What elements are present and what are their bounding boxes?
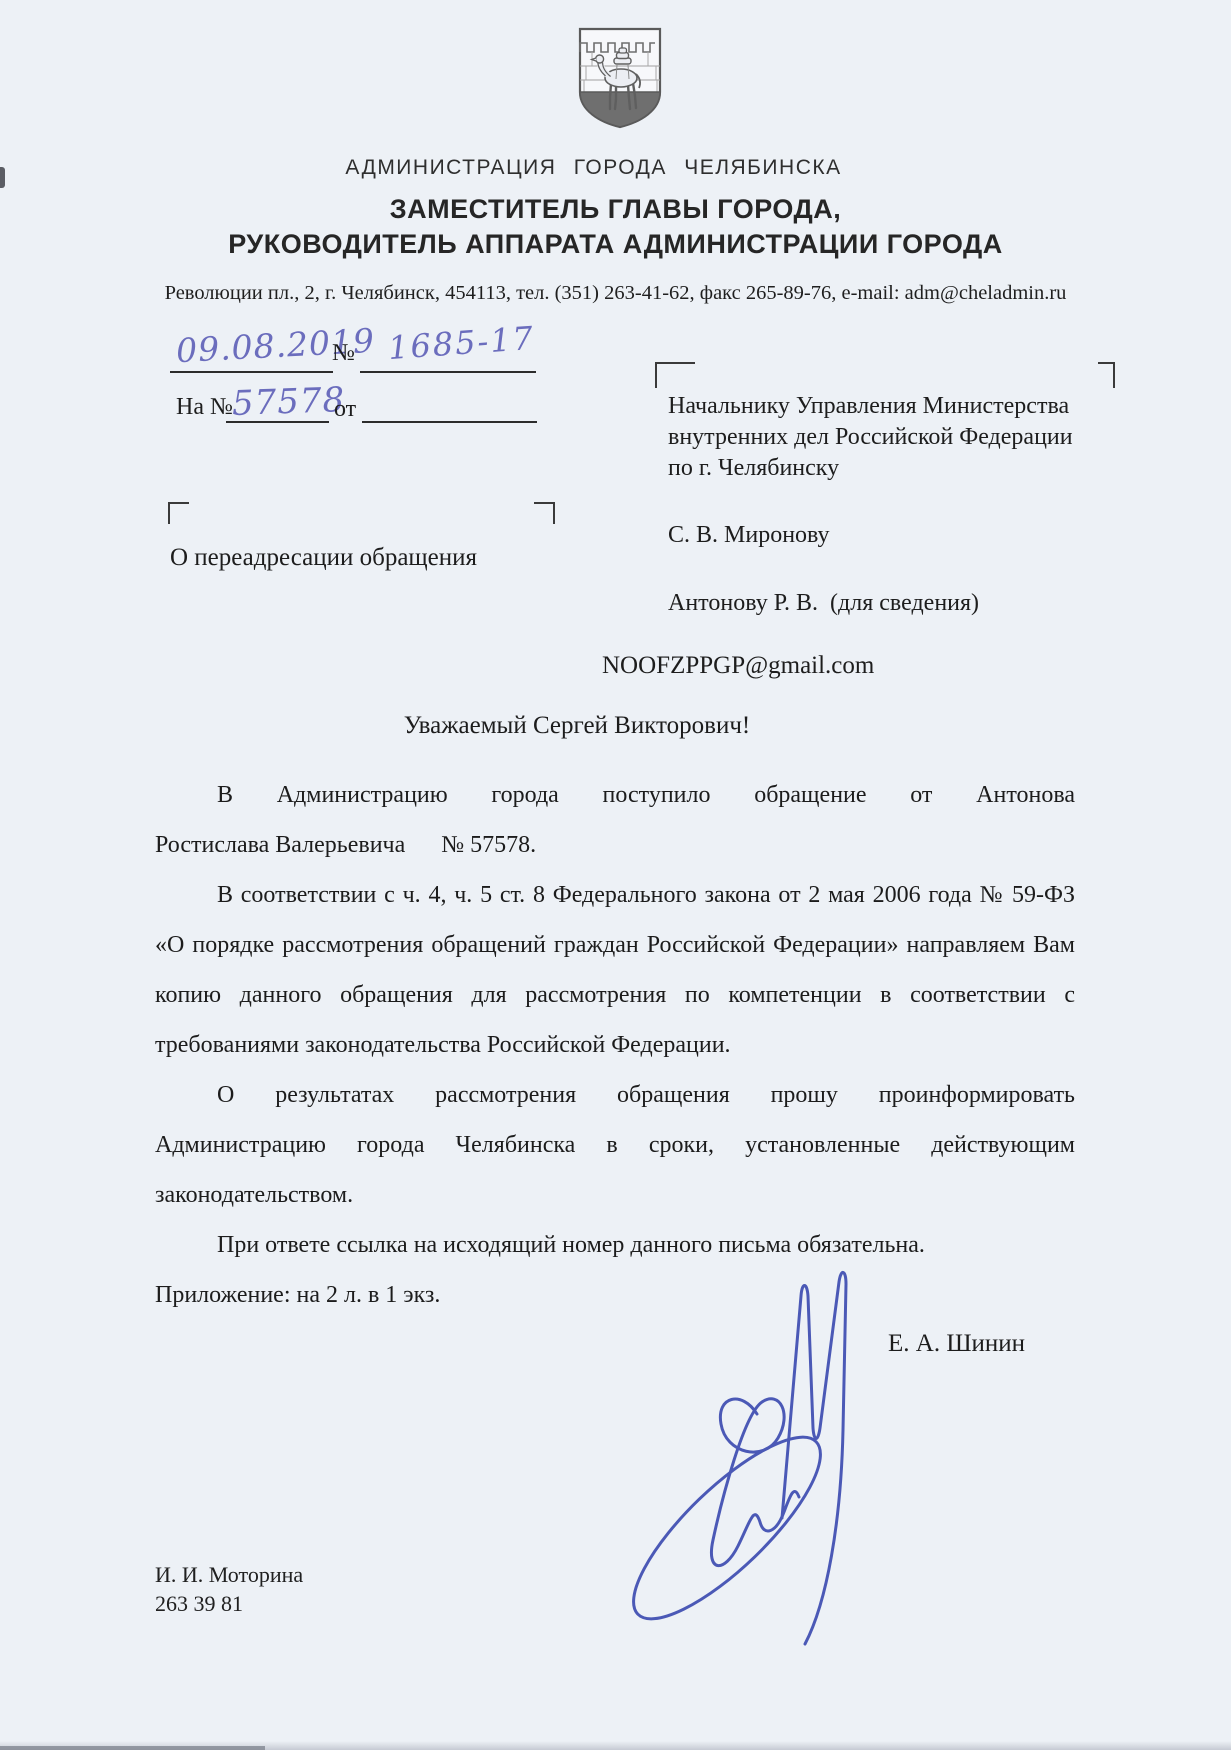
executor-block: И. И. Моторина 263 39 81 xyxy=(155,1560,303,1618)
letterhead-title-line1: ЗАМЕСТИТЕЛЬ ГЛАВЫ ГОРОДА, xyxy=(0,194,1231,225)
recipient-line: внутренних дел Российской Федерации xyxy=(668,422,1118,453)
attachment-note: Приложение: на 2 л. в 1 экз. xyxy=(155,1270,1075,1320)
letterhead-address: Революции пл., 2, г. Челябинск, 454113, … xyxy=(0,282,1231,305)
recipient-email: NOOFZPPGP@gmail.com xyxy=(602,652,874,680)
number-underline xyxy=(360,371,536,373)
reply-number-handwritten: 57578 xyxy=(231,380,345,424)
date-underline xyxy=(170,371,333,373)
from-date-underline xyxy=(362,421,537,423)
reply-number-underline xyxy=(226,421,329,423)
letterhead-title-line2: РУКОВОДИТЕЛЬ АППАРАТА АДМИНИСТРАЦИИ ГОРО… xyxy=(0,229,1231,260)
number-sign-label: № xyxy=(332,340,355,367)
subject-zone-corner-right xyxy=(534,502,555,524)
letter-subject: О переадресации обращения xyxy=(170,544,477,572)
recipient-zone-corner-left xyxy=(655,362,695,388)
recipient-person: С. В. Миронову xyxy=(668,522,830,549)
organization-name: АДМИНИСТРАЦИЯ ГОРОДА ЧЕЛЯБИНСКА xyxy=(0,156,1209,180)
body-paragraph-2: В соответствии с ч. 4, ч. 5 ст. 8 Федера… xyxy=(155,870,1075,1070)
signatory-name: Е. А. Шинин xyxy=(888,1330,1025,1358)
recipient-line: по г. Челябинску xyxy=(668,453,1118,484)
recipient-copy: Антонову Р. В. (для сведения) xyxy=(668,590,979,617)
scanned-letter-page: АДМИНИСТРАЦИЯ ГОРОДА ЧЕЛЯБИНСКА ЗАМЕСТИТ… xyxy=(0,0,1231,1750)
recipient-zone-corner-right xyxy=(1098,362,1115,388)
subject-zone-corner-left xyxy=(168,502,189,524)
body-paragraph-1-line-2: Ростислава Валерьевича № 57578. xyxy=(155,820,1075,870)
outgoing-number-handwritten: 1685-17 xyxy=(387,319,536,367)
chelyabinsk-coat-of-arms-camel-icon xyxy=(570,24,670,132)
executor-phone: 263 39 81 xyxy=(155,1589,303,1618)
recipient-address-block: Начальнику Управления Министерства внутр… xyxy=(668,391,1118,484)
salutation: Уважаемый Сергей Викторович! xyxy=(117,712,1037,740)
letter-body: В Администрацию города поступило обращен… xyxy=(155,770,1075,1320)
body-paragraph-4: При ответе ссылка на исходящий номер дан… xyxy=(155,1220,1075,1270)
from-date-label: от xyxy=(334,396,356,423)
body-paragraph-1-line-1: В Администрацию города поступило обращен… xyxy=(155,770,1075,820)
body-paragraph-3: О результатах рассмотрения обращения про… xyxy=(155,1070,1075,1220)
scan-edge-artifact xyxy=(0,167,5,188)
executor-name: И. И. Моторина xyxy=(155,1560,303,1589)
recipient-line: Начальнику Управления Министерства xyxy=(668,391,1118,422)
reply-to-label: На № xyxy=(176,394,233,421)
scan-bottom-edge-line xyxy=(0,1746,265,1750)
